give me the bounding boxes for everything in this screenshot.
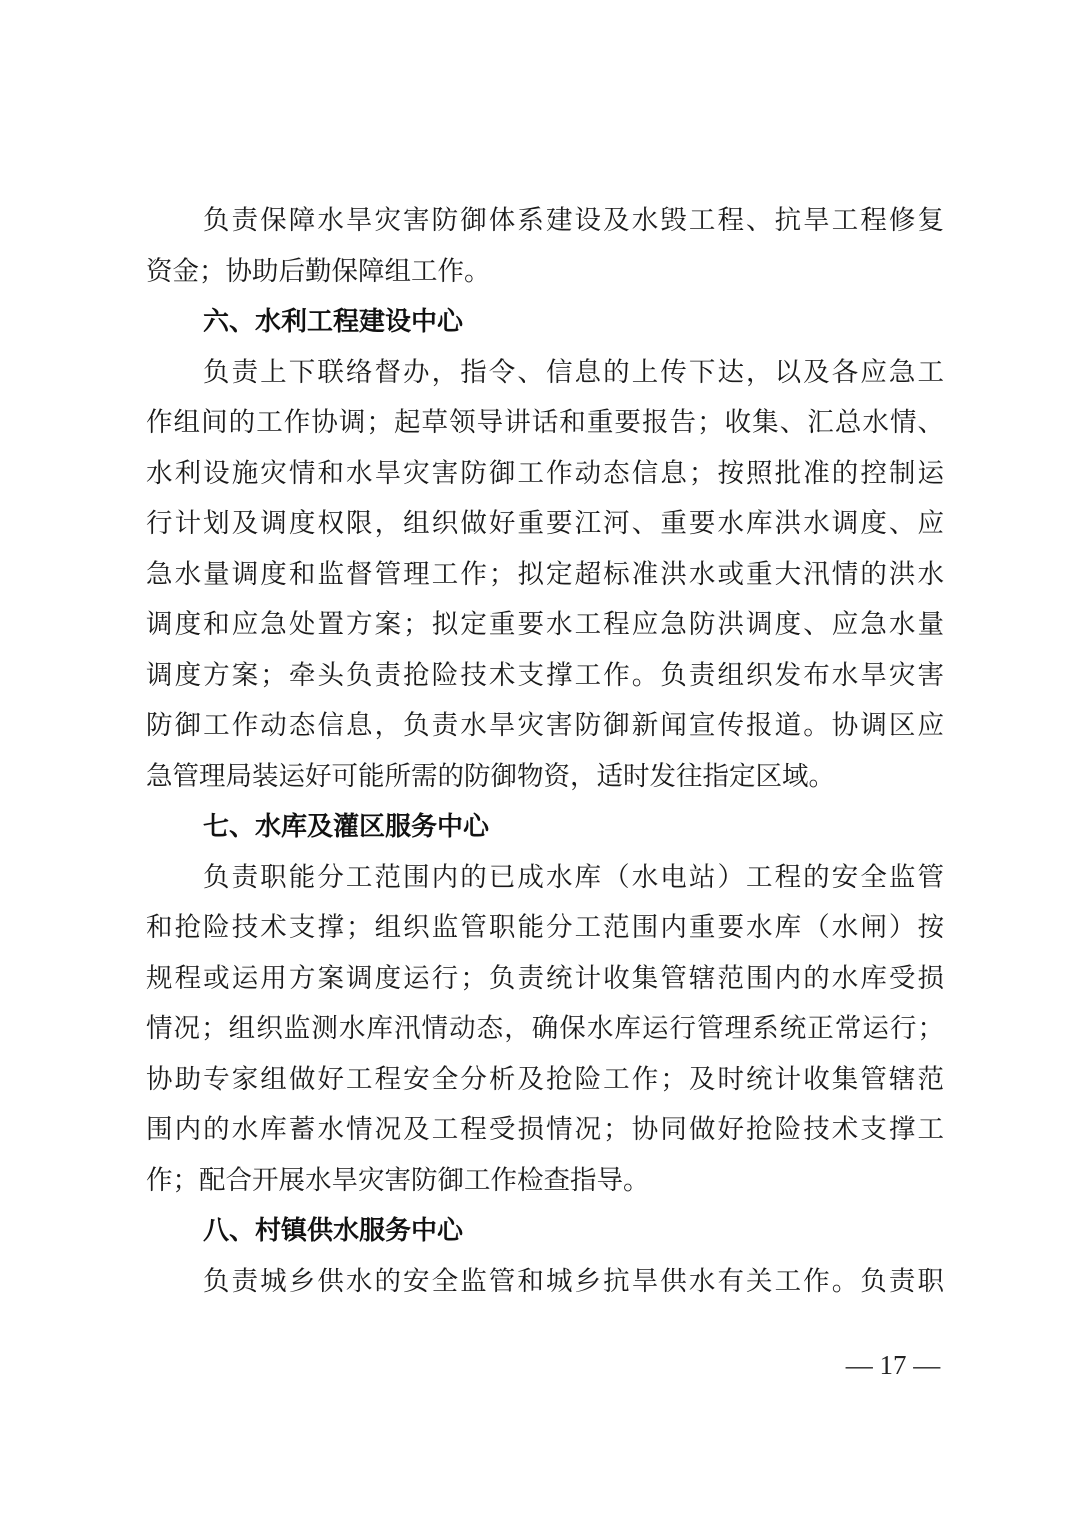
paragraph-line: 规程或运用方案调度运行；负责统计收集管辖范围内的水库受损 <box>146 954 944 1005</box>
paragraph-line: 围内的水库蓄水情况及工程受损情况；协同做好抢险技术支撑工 <box>146 1105 944 1156</box>
document-page: 负责保障水旱灾害防御体系建设及水毁工程、抗旱工程修复 资金；协助后勤保障组工作。… <box>0 0 1074 1520</box>
paragraph-line: 防御工作动态信息，负责水旱灾害防御新闻宣传报道。协调区应 <box>146 701 944 752</box>
paragraph-line: 和抢险技术支撑；组织监管职能分工范围内重要水库（水闸）按 <box>146 903 944 954</box>
paragraph-line: 作组间的工作协调；起草领导讲话和重要报告；收集、汇总水情、 <box>146 398 944 449</box>
paragraph-line: 调度方案；牵头负责抢险技术支撑工作。负责组织发布水旱灾害 <box>146 651 944 702</box>
paragraph-line: 资金；协助后勤保障组工作。 <box>146 247 944 298</box>
paragraph-line: 负责城乡供水的安全监管和城乡抗旱供水有关工作。负责职 <box>146 1257 944 1308</box>
paragraph-line: 调度和应急处置方案；拟定重要水工程应急防洪调度、应急水量 <box>146 600 944 651</box>
paragraph-line: 协助专家组做好工程安全分析及抢险工作；及时统计收集管辖范 <box>146 1055 944 1106</box>
document-body: 负责保障水旱灾害防御体系建设及水毁工程、抗旱工程修复 资金；协助后勤保障组工作。… <box>146 196 944 1307</box>
paragraph-line: 负责保障水旱灾害防御体系建设及水毁工程、抗旱工程修复 <box>146 196 944 247</box>
paragraph-line: 作；配合开展水旱灾害防御工作检查指导。 <box>146 1156 944 1207</box>
paragraph-line: 急管理局装运好可能所需的防御物资，适时发往指定区域。 <box>146 752 944 803</box>
page-number: — 17 — <box>838 1350 948 1381</box>
paragraph-line: 行计划及调度权限，组织做好重要江河、重要水库洪水调度、应 <box>146 499 944 550</box>
section-heading-7: 七、水库及灌区服务中心 <box>146 802 944 853</box>
section-heading-6: 六、水利工程建设中心 <box>146 297 944 348</box>
section-heading-8: 八、村镇供水服务中心 <box>146 1206 944 1257</box>
paragraph-line: 情况；组织监测水库汛情动态，确保水库运行管理系统正常运行； <box>146 1004 944 1055</box>
paragraph-line: 负责上下联络督办，指令、信息的上传下达，以及各应急工 <box>146 348 944 399</box>
paragraph-line: 水利设施灾情和水旱灾害防御工作动态信息；按照批准的控制运 <box>146 449 944 500</box>
paragraph-line: 负责职能分工范围内的已成水库（水电站）工程的安全监管 <box>146 853 944 904</box>
paragraph-line: 急水量调度和监督管理工作；拟定超标准洪水或重大汛情的洪水 <box>146 550 944 601</box>
